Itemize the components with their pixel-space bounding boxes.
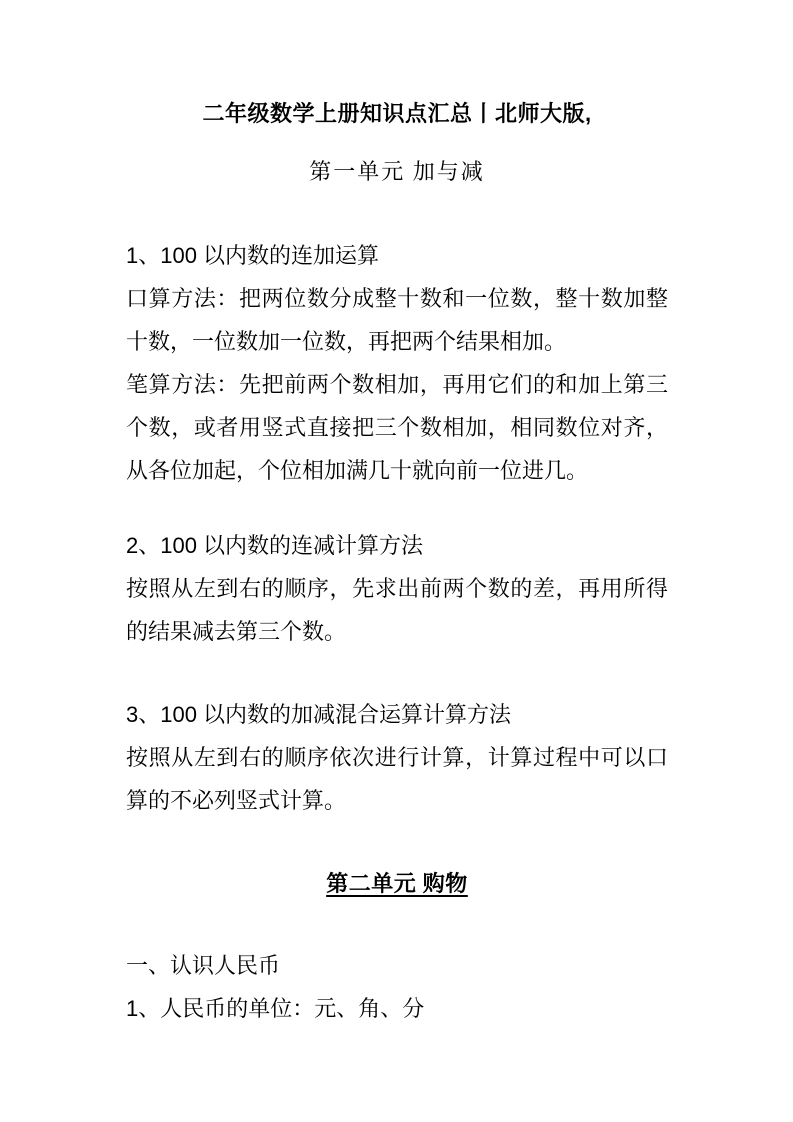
unit2-heading: 第二单元 购物 bbox=[126, 869, 668, 899]
unit1-heading: 第一单元 加与减 bbox=[126, 158, 668, 186]
topic-1-paragraph-1: 口算方法：把两位数分成整十数和一位数，整十数加整十数，一位数加一位数，再把两个结… bbox=[126, 277, 668, 363]
topic-3-paragraph-1: 按照从左到右的顺序依次进行计算，计算过程中可以口算的不必列竖式计算。 bbox=[126, 736, 668, 822]
topic-1: 1、100 以内数的连加运算 口算方法：把两位数分成整十数和一位数，整十数加整十… bbox=[126, 234, 668, 492]
topic-2-heading: 2、100 以内数的连减计算方法 bbox=[126, 524, 668, 567]
document-title: 二年级数学上册知识点汇总丨北师大版, bbox=[126, 100, 668, 128]
topic-2: 2、100 以内数的连减计算方法 按照从左到右的顺序，先求出前两个数的差，再用所… bbox=[126, 524, 668, 653]
document-page: 二年级数学上册知识点汇总丨北师大版, 第一单元 加与减 1、100 以内数的连加… bbox=[0, 0, 793, 1122]
topic-1-heading: 1、100 以内数的连加运算 bbox=[126, 234, 668, 277]
unit2-body: 一、认识人民币 1、人民币的单位：元、角、分 bbox=[126, 944, 668, 1030]
topic-1-paragraph-2: 笔算方法：先把前两个数相加，再用它们的和加上第三个数，或者用竖式直接把三个数相加… bbox=[126, 363, 668, 492]
topic-3-heading: 3、100 以内数的加减混合运算计算方法 bbox=[126, 693, 668, 736]
unit2-line-1: 一、认识人民币 bbox=[126, 944, 668, 987]
topic-2-paragraph-1: 按照从左到右的顺序，先求出前两个数的差，再用所得的结果减去第三个数。 bbox=[126, 567, 668, 653]
topic-3: 3、100 以内数的加减混合运算计算方法 按照从左到右的顺序依次进行计算，计算过… bbox=[126, 693, 668, 822]
unit2-line-2: 1、人民币的单位：元、角、分 bbox=[126, 987, 668, 1030]
